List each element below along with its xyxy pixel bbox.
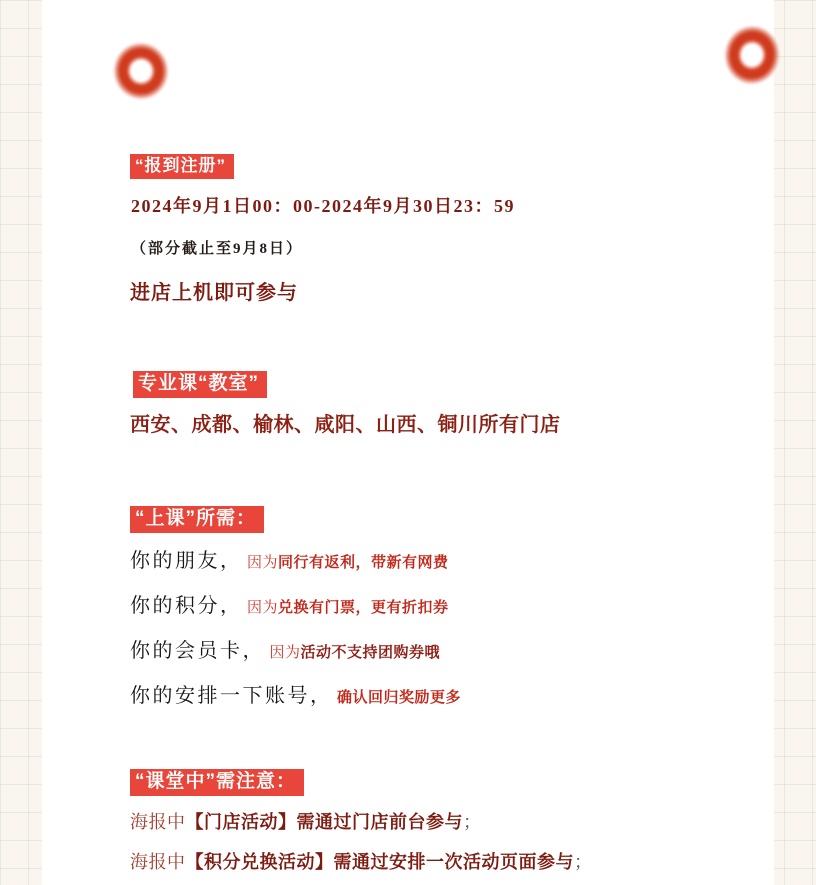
requirement-item: 你的积分， 因为兑换有门票，更有折扣券 bbox=[130, 589, 448, 618]
requirement-reason-prefix: 因为 bbox=[269, 644, 300, 661]
class-note-suffix: ； bbox=[574, 852, 593, 872]
requirement-reason-prefix: 因为 bbox=[247, 554, 278, 571]
requirement-main-text: 你的会员卡， bbox=[130, 640, 265, 662]
registration-section-heading: “报到注册” bbox=[130, 154, 234, 179]
spray-ring-stamp-icon bbox=[720, 21, 784, 89]
class-note-item: 海报中【积分兑换活动】需通过安排一次活动页面参与； bbox=[130, 848, 593, 874]
class-note-emphasis: 【门店活动】需通过门店前台参与 bbox=[186, 812, 464, 832]
content-column: “报到注册” 2024年9月1日00：00-2024年9月30日23：59 （部… bbox=[42, 0, 774, 885]
requirement-highlight-text: 确认回归奖励更多 bbox=[337, 689, 461, 706]
requirement-reason-prefix: 因为 bbox=[247, 599, 278, 616]
requirement-item: 你的安排一下账号， 确认回归奖励更多 bbox=[130, 679, 461, 708]
registration-how-to-join: 进店上机即可参与 bbox=[130, 276, 298, 305]
registration-deadline-note: （部分截止至9月8日） bbox=[131, 237, 303, 258]
page-background: { "colors": { "heading_box_red": "#e8463… bbox=[0, 0, 816, 885]
requirement-highlight-text: 活动不支持团购券哦 bbox=[300, 644, 440, 661]
requirement-main-text: 你的积分， bbox=[130, 595, 243, 617]
requirement-main-text: 你的朋友， bbox=[130, 550, 243, 572]
classroom-store-list: 西安、成都、榆林、咸阳、山西、铜川所有门店 bbox=[130, 408, 561, 437]
class-note-item: 海报中【门店活动】需通过门店前台参与； bbox=[130, 808, 482, 834]
spray-ring-stamp-icon bbox=[108, 37, 174, 104]
class-note-suffix: ； bbox=[463, 812, 482, 832]
class-notes-section-heading: “课堂中”需注意： bbox=[130, 769, 304, 796]
requirements-section-heading: “上课”所需： bbox=[130, 506, 264, 533]
registration-date-range: 2024年9月1日00：00-2024年9月30日23：59 bbox=[131, 192, 515, 218]
requirement-highlight-text: 兑换有门票，更有折扣券 bbox=[278, 599, 449, 616]
class-note-emphasis: 【积分兑换活动】需通过安排一次活动页面参与 bbox=[186, 852, 575, 872]
classroom-section-heading: 专业课“教室” bbox=[133, 371, 267, 398]
requirement-main-text: 你的安排一下账号， bbox=[130, 685, 333, 707]
requirement-item: 你的会员卡， 因为活动不支持团购券哦 bbox=[130, 634, 440, 663]
requirement-item: 你的朋友， 因为同行有返利，带新有网费 bbox=[130, 544, 448, 573]
class-note-prefix: 海报中 bbox=[130, 812, 186, 832]
class-note-prefix: 海报中 bbox=[130, 852, 186, 872]
requirement-highlight-text: 同行有返利，带新有网费 bbox=[278, 554, 449, 571]
